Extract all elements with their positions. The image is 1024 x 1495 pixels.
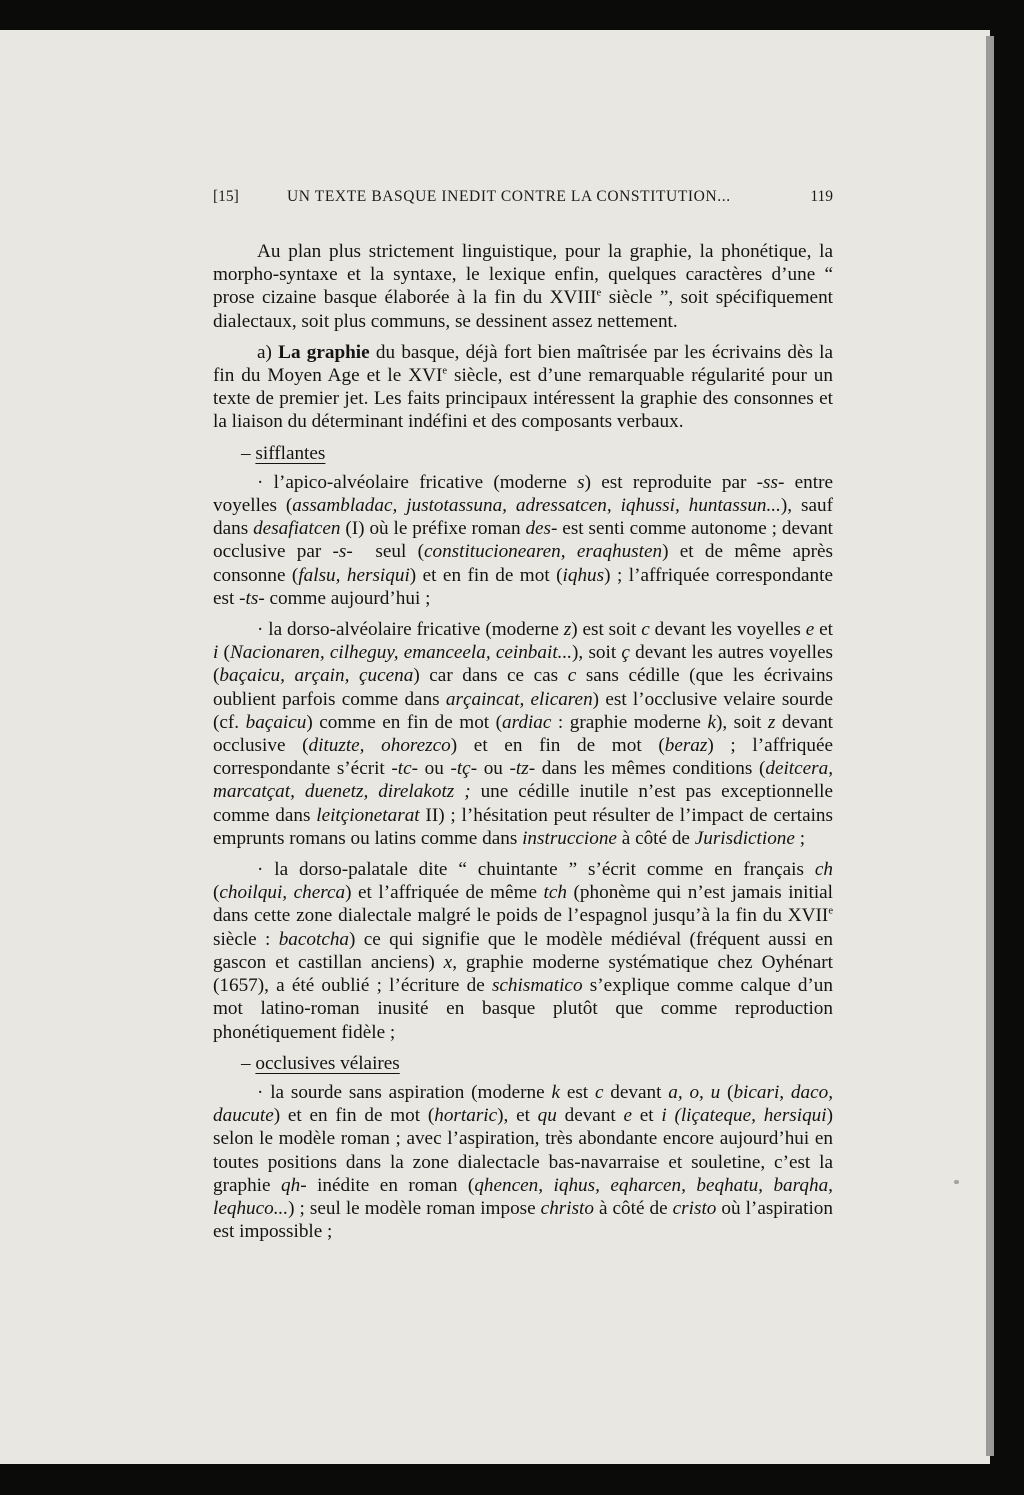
- running-title: UN TEXTE BASQUE INEDIT CONTRE LA CONSTIT…: [287, 188, 731, 206]
- heading-label: occlusives vélaires: [255, 1053, 399, 1074]
- paragraph-intro: Au plan plus strictement linguistique, p…: [213, 240, 833, 333]
- page-number: 119: [810, 188, 833, 206]
- page-smudge-mark: [954, 1180, 959, 1184]
- paragraph-graphie: a) La graphie du basque, déjà fort bien …: [213, 341, 833, 434]
- list-item-dorso-palatale: · la dorso-palatale dite “ chuintante ” …: [213, 858, 833, 1044]
- body-text: Au plan plus strictement linguistique, p…: [213, 240, 833, 1243]
- heading-label: sifflantes: [255, 443, 325, 464]
- heading-dash: –: [241, 1053, 251, 1074]
- list-item-sourde: · la sourde sans aspiration (moderne k e…: [213, 1081, 833, 1243]
- page-edge-shadow: [986, 36, 994, 1456]
- section-heading-occlusives: – occlusives vélaires: [213, 1052, 833, 1075]
- section-heading-sifflantes: – sifflantes: [213, 442, 833, 465]
- running-header: [15] UN TEXTE BASQUE INEDIT CONTRE LA CO…: [213, 188, 833, 210]
- heading-dash: –: [241, 443, 251, 464]
- list-item-apico-alveolaire: · l’apico-alvéolaire fricative (moderne …: [213, 471, 833, 610]
- list-item-dorso-alveolaire: · la dorso-alvéolaire fricative (moderne…: [213, 618, 833, 850]
- section-number: [15]: [213, 188, 239, 206]
